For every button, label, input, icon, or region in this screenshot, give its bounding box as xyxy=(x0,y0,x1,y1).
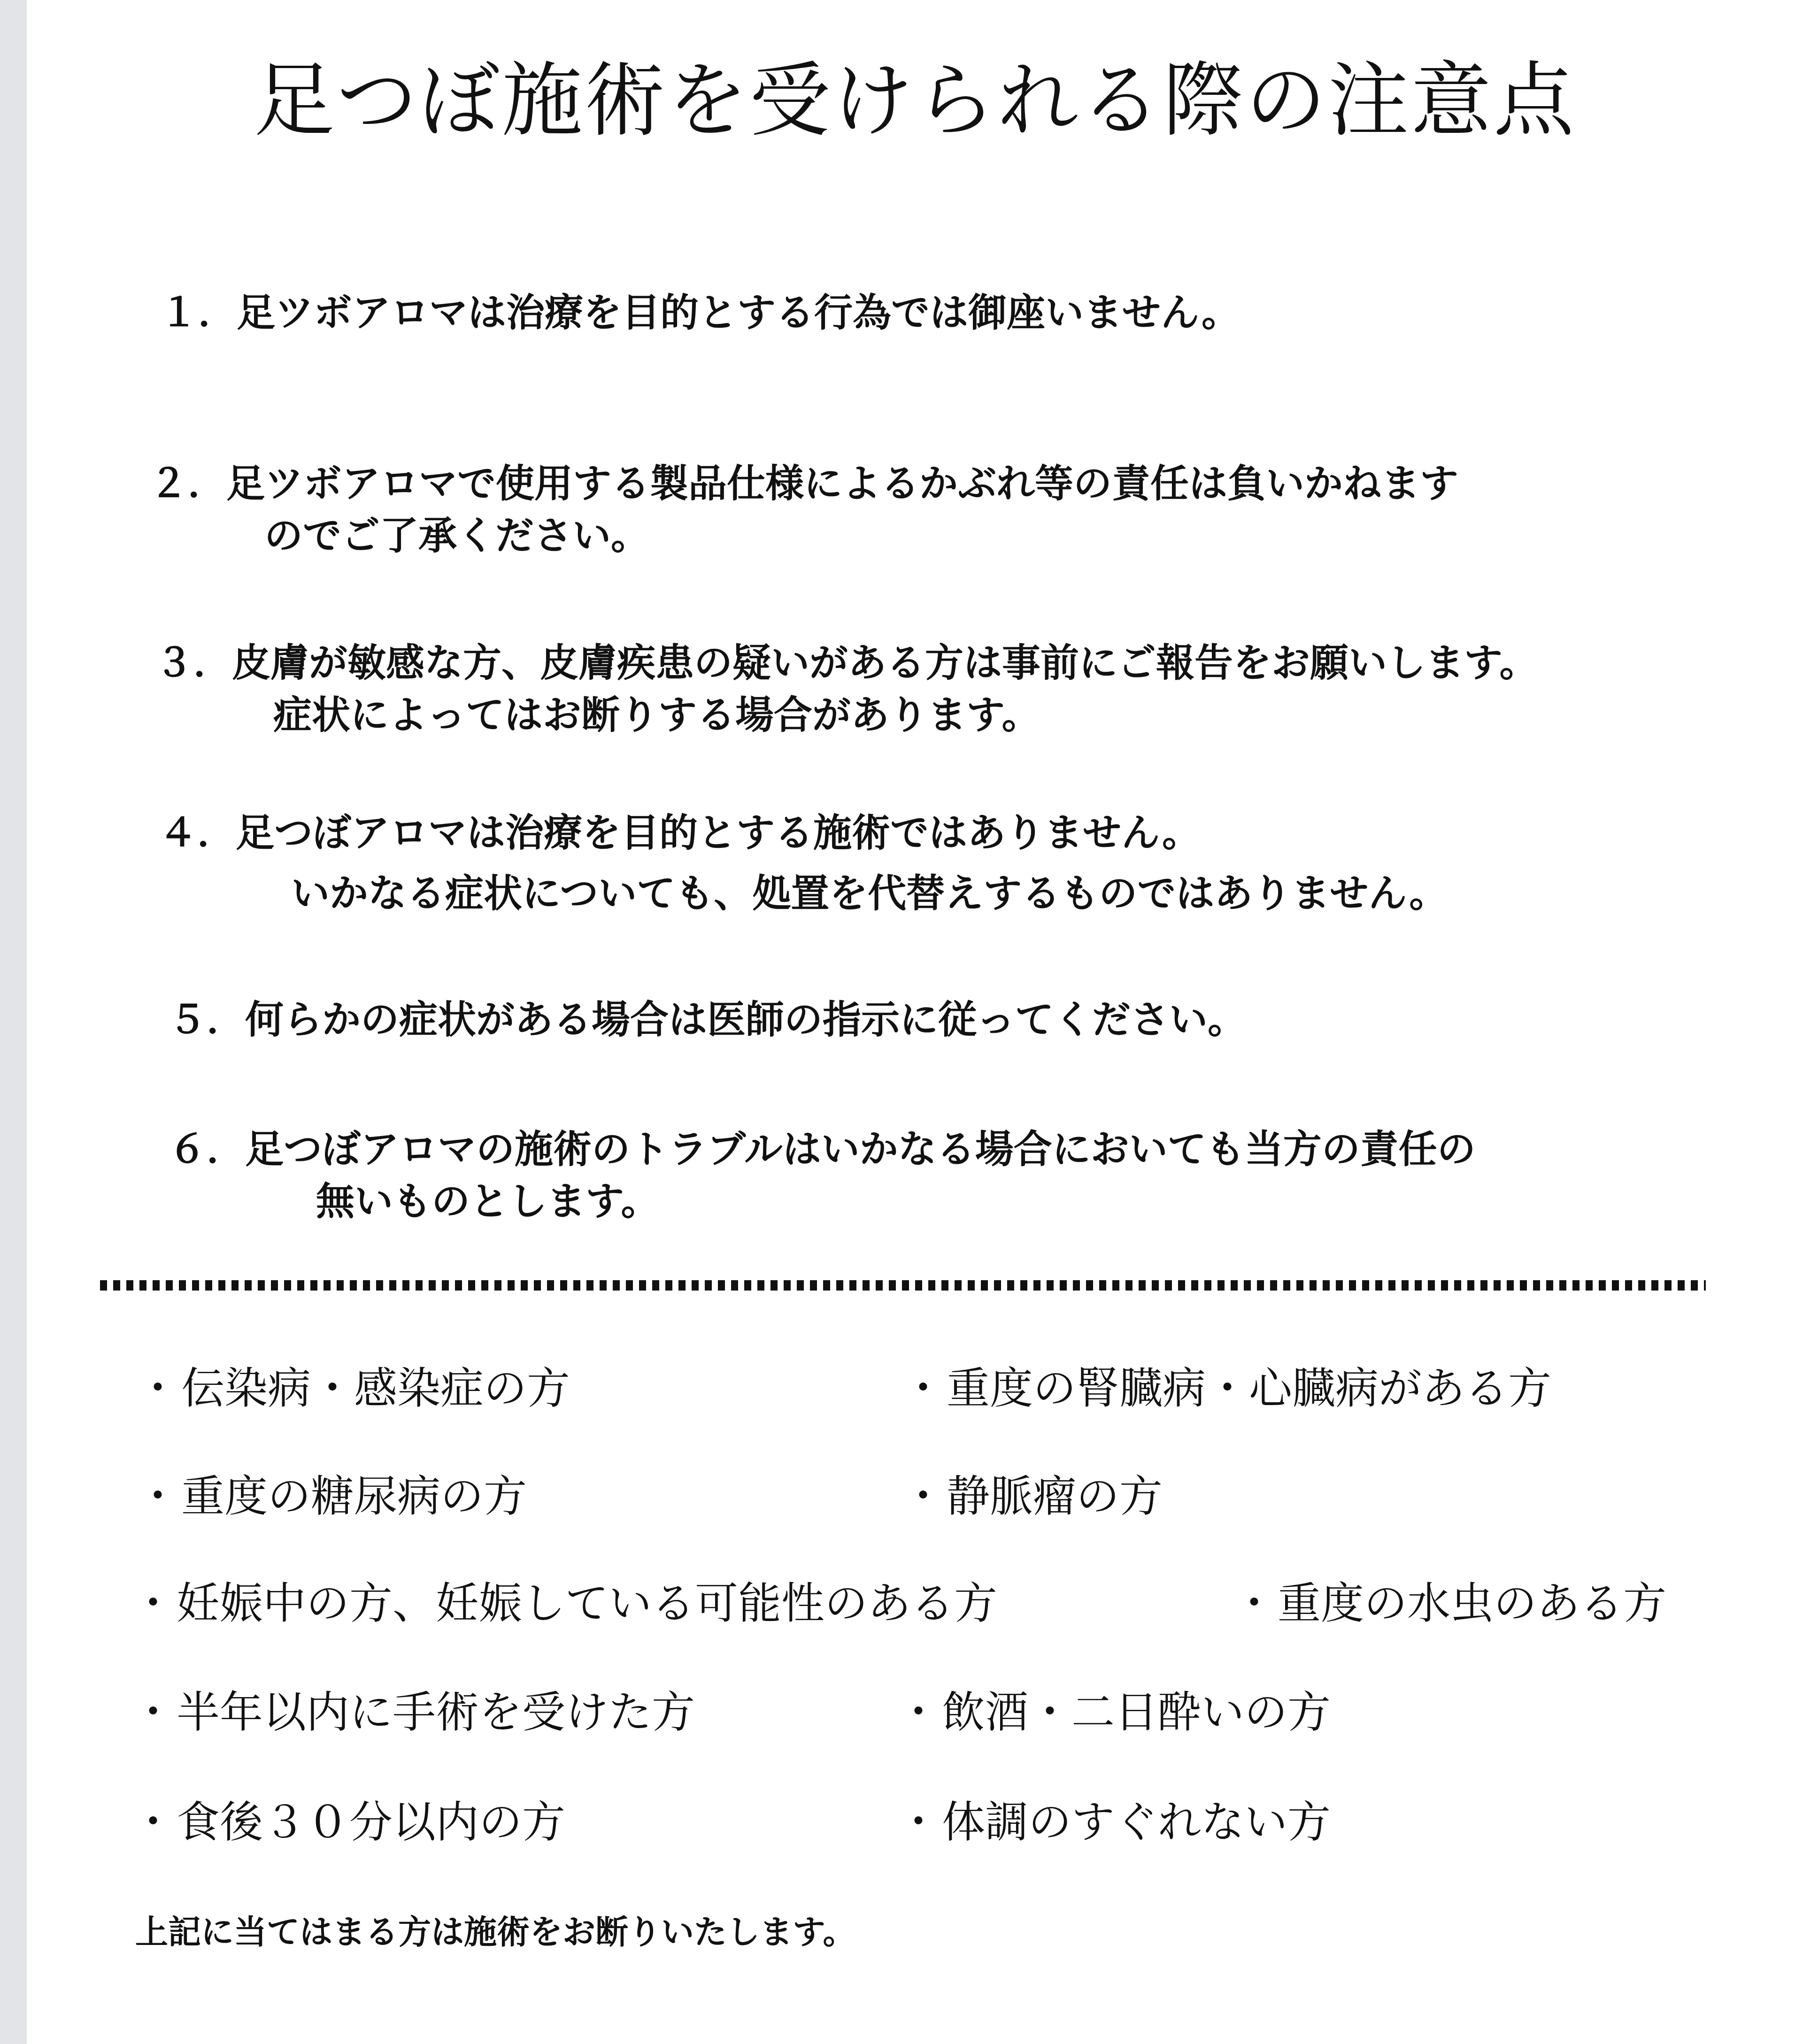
bullet-icon: ・ xyxy=(136,1475,179,1518)
notice-number: ５． xyxy=(168,994,245,1046)
notice-text: 何らかの症状がある場合は医師の指示に従ってください。 xyxy=(245,998,1246,1042)
notice-continuation: 無いものとします。 xyxy=(168,1176,1476,1228)
condition-item: ・飲酒・二日酔いの方 xyxy=(897,1691,1331,1734)
bullet-icon: ・ xyxy=(901,1475,945,1518)
notice-5: ５．何らかの症状がある場合は医師の指示に従ってください。 xyxy=(168,994,1246,1046)
notice-continuation: いかなる症状についても、処置を代替えするものではありません。 xyxy=(159,868,1448,920)
condition-item: ・食後３０分以内の方 xyxy=(131,1801,565,1844)
notice-text: 足つぼアロマは治療を目的とする施術ではありません。 xyxy=(236,811,1201,855)
bullet-icon: ・ xyxy=(131,1801,175,1844)
condition-item: ・重度の水虫のある方 xyxy=(1233,1582,1666,1625)
footer-note: 上記に当てはまる方は施術をお断りいたします。 xyxy=(135,1906,855,1953)
notice-number: ２． xyxy=(149,458,226,510)
notice-number: ６． xyxy=(168,1124,245,1176)
condition-item: ・静脈瘤の方 xyxy=(901,1475,1163,1518)
bullet-icon: ・ xyxy=(136,1367,179,1410)
notice-text: 足ツボアロマは治療を目的とする行為では御座いません。 xyxy=(237,291,1240,335)
bullet-icon: ・ xyxy=(131,1582,175,1625)
notice-continuation: 症状によってはお断りする場合があります。 xyxy=(155,690,1538,742)
condition-item: ・体調のすぐれない方 xyxy=(897,1801,1331,1844)
left-edge-strip xyxy=(0,0,27,2044)
dotted-divider xyxy=(100,1280,1706,1291)
notice-4: ４．足つぼアロマは治療を目的とする施術ではありません。 いかなる症状についても、… xyxy=(159,807,1448,920)
condition-item: ・妊娠中の方、妊娠している可能性のある方 xyxy=(131,1582,997,1625)
bullet-icon: ・ xyxy=(1233,1582,1276,1625)
bullet-icon: ・ xyxy=(897,1801,940,1844)
notice-3: ３．皮膚が敏感な方、皮膚疾患の疑いがある方は事前にご報告をお願いします。 症状に… xyxy=(155,638,1538,741)
bullet-icon: ・ xyxy=(131,1691,175,1734)
notice-text: 皮膚が敏感な方、皮膚疾患の疑いがある方は事前にご報告をお願いします。 xyxy=(232,641,1538,685)
condition-item: ・重度の糖尿病の方 xyxy=(136,1475,527,1518)
notice-number: ３． xyxy=(155,638,232,690)
notice-number: １． xyxy=(160,287,237,339)
notice-text: 足ツボアロマで使用する製品仕様によるかぶれ等の責任は負いかねます xyxy=(226,461,1458,506)
page-title: 足つぼ施術を受けられる際の注意点 xyxy=(0,60,1803,141)
bullet-icon: ・ xyxy=(897,1691,940,1734)
condition-item: ・半年以内に手術を受けた方 xyxy=(131,1691,695,1734)
notice-1: １．足ツボアロマは治療を目的とする行為では御座いません。 xyxy=(160,287,1240,339)
notice-2: ２．足ツボアロマで使用する製品仕様によるかぶれ等の責任は負いかねます のでご了承… xyxy=(149,458,1458,562)
notice-number: ４． xyxy=(159,807,236,860)
notice-6: ６．足つぼアロマの施術のトラブルはいかなる場合においても当方の責任の 無いものと… xyxy=(168,1124,1476,1228)
condition-item: ・重度の腎臓病・心臓病がある方 xyxy=(901,1367,1551,1410)
notice-continuation: のでご了承ください。 xyxy=(149,510,1458,562)
condition-item: ・伝染病・感染症の方 xyxy=(136,1367,570,1410)
notice-text: 足つぼアロマの施術のトラブルはいかなる場合においても当方の責任の xyxy=(245,1127,1476,1172)
bullet-icon: ・ xyxy=(901,1367,945,1410)
